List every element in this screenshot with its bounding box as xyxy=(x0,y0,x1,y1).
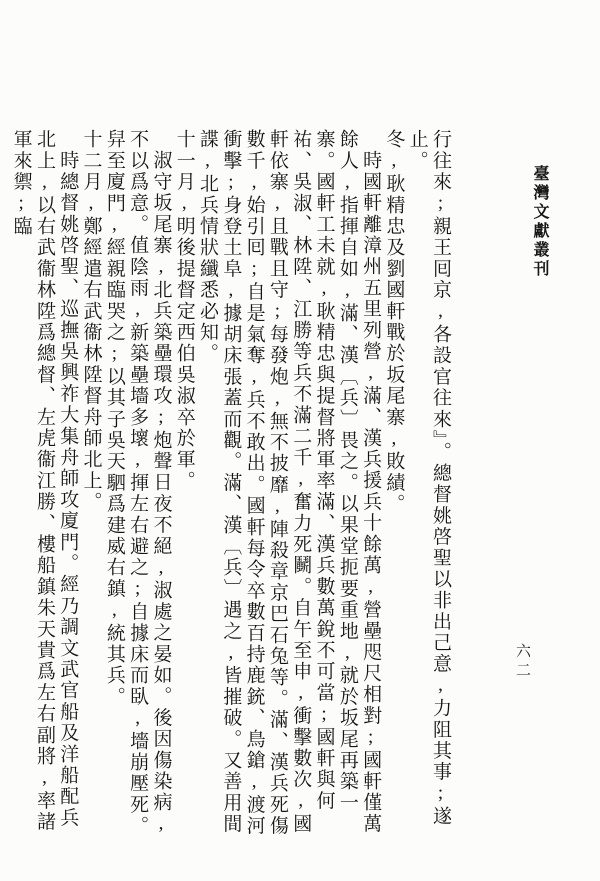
paragraph-commentary-fleet-north: 時總督姚啓聖、巡撫吳興祚大集舟師攻廈門。經乃調文武官船及洋船配兵北上,以右武衞林… xyxy=(9,129,79,848)
paragraph-commentary-wushu-death: 淑守坂尾寨,北兵築壘環攻;炮聲日夜不絕,淑處之晏如。後因傷染病,不以爲意。值陰雨… xyxy=(103,129,173,848)
series-title-label: 臺灣文獻叢刊 xyxy=(528,165,551,279)
vertical-text-block: 行往來;親王囘京,各設官往來』。總督姚啓聖以非出己意,力阻其事;遂止。 冬,耿精… xyxy=(78,129,452,848)
page-number: 六二 xyxy=(512,643,533,681)
paragraph-entry-eleventh-month: 十一月,明後提督定西伯吳淑卒於軍。 xyxy=(172,129,195,848)
paragraph-entry-winter: 冬,耿精忠及劉國軒戰於坂尾寨,敗績。 xyxy=(382,129,405,848)
paragraph-entry-twelfth-month: 十二月,鄭經遣右武衞林陞督舟師北上。 xyxy=(79,129,102,848)
book-page-scan: 臺灣文獻叢刊 六二 行往來;親王囘京,各設官往來』。總督姚啓聖以非出己意,力阻其… xyxy=(0,0,600,881)
paragraph-continuation: 行往來;親王囘京,各設官往來』。總督姚啓聖以非出己意,力阻其事;遂止。 xyxy=(405,129,452,848)
paragraph-commentary-banwei-battle: 時國軒離漳州五里列營,滿、漢兵援兵十餘萬,營壘咫尺相對;國軒僅萬餘人,指揮自如,… xyxy=(196,129,382,848)
